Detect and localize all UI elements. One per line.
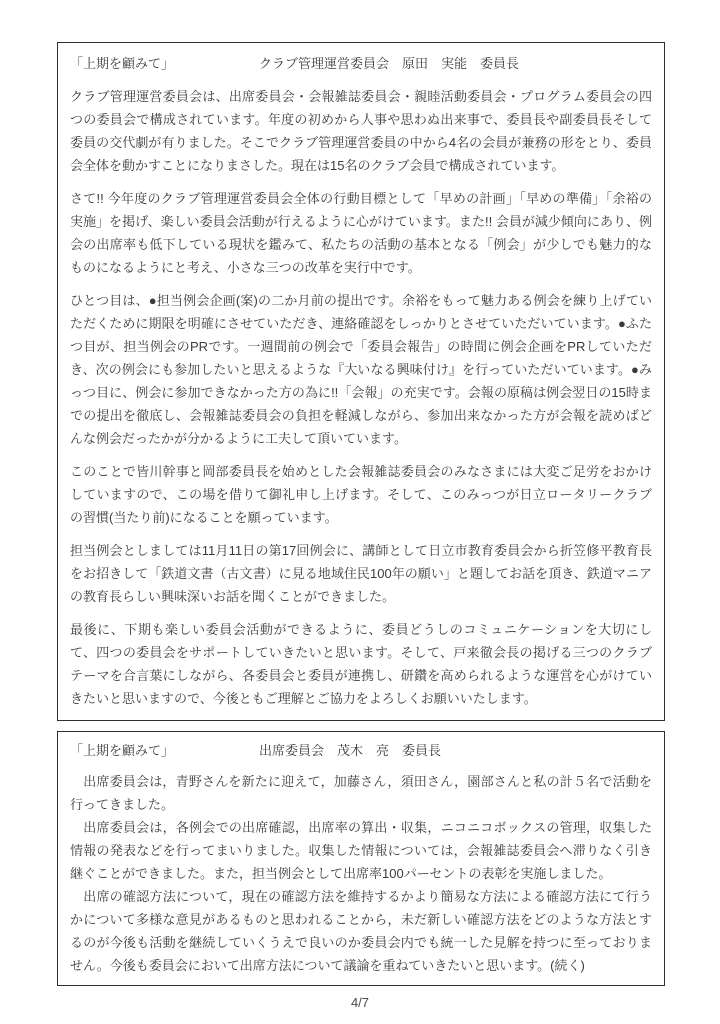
page-number: 4/7: [0, 995, 720, 1010]
body-paragraph: ひとつ目は、●担当例会企画(案)の二か月前の提出です。余裕をもって魅力ある例会を…: [70, 289, 652, 450]
document-page: 「上期を顧みて」クラブ管理運営委員会 原田 実能 委員長 クラブ管理運営委員会は…: [0, 0, 720, 1024]
body-paragraph: 担当例会としましては11月11日の第17回例会に、講師として日立市教育委員会から…: [70, 539, 652, 608]
body-paragraph: このことで皆川幹事と岡部委員長を始めとした会報雑誌委員会のみなさまには大変ご足労…: [70, 460, 652, 529]
body-paragraph: 出席の確認方法について，現在の確認方法を維持するかより簡易な方法による確認方法に…: [70, 885, 652, 977]
article-body: クラブ管理運営委員会は、出席委員会・会報雑誌委員会・親睦活動委員会・プログラム委…: [70, 85, 652, 710]
article-byline: クラブ管理運営委員会 原田 実能 委員長: [259, 56, 519, 71]
article-body: 出席委員会は，青野さんを新たに迎えて，加藤さん，須田さん，園部さんと私の計５名で…: [70, 770, 652, 977]
body-paragraph: 出席委員会は，各例会での出席確認，出席率の算出・収集，ニコニコボックスの管理，収…: [70, 816, 652, 885]
body-paragraph: さて!! 今年度のクラブ管理運営委員会全体の行動目標として「早めの計画」「早めの…: [70, 187, 652, 279]
article-club-management-committee: 「上期を顧みて」クラブ管理運営委員会 原田 実能 委員長 クラブ管理運営委員会は…: [57, 42, 665, 721]
article-byline: 出席委員会 茂木 亮 委員長: [259, 743, 441, 758]
body-paragraph: クラブ管理運営委員会は、出席委員会・会報雑誌委員会・親睦活動委員会・プログラム委…: [70, 85, 652, 177]
article-title: 「上期を顧みて」: [70, 743, 174, 758]
article-title: 「上期を顧みて」: [70, 56, 174, 71]
article-header: 「上期を顧みて」出席委員会 茂木 亮 委員長: [70, 739, 652, 762]
article-header: 「上期を顧みて」クラブ管理運営委員会 原田 実能 委員長: [70, 52, 652, 75]
body-paragraph: 最後に、下期も楽しい委員会活動ができるように、委員どうしのコミュニケーションを大…: [70, 618, 652, 710]
body-paragraph: 出席委員会は，青野さんを新たに迎えて，加藤さん，須田さん，園部さんと私の計５名で…: [70, 770, 652, 816]
article-attendance-committee: 「上期を顧みて」出席委員会 茂木 亮 委員長 出席委員会は，青野さんを新たに迎え…: [57, 731, 665, 986]
